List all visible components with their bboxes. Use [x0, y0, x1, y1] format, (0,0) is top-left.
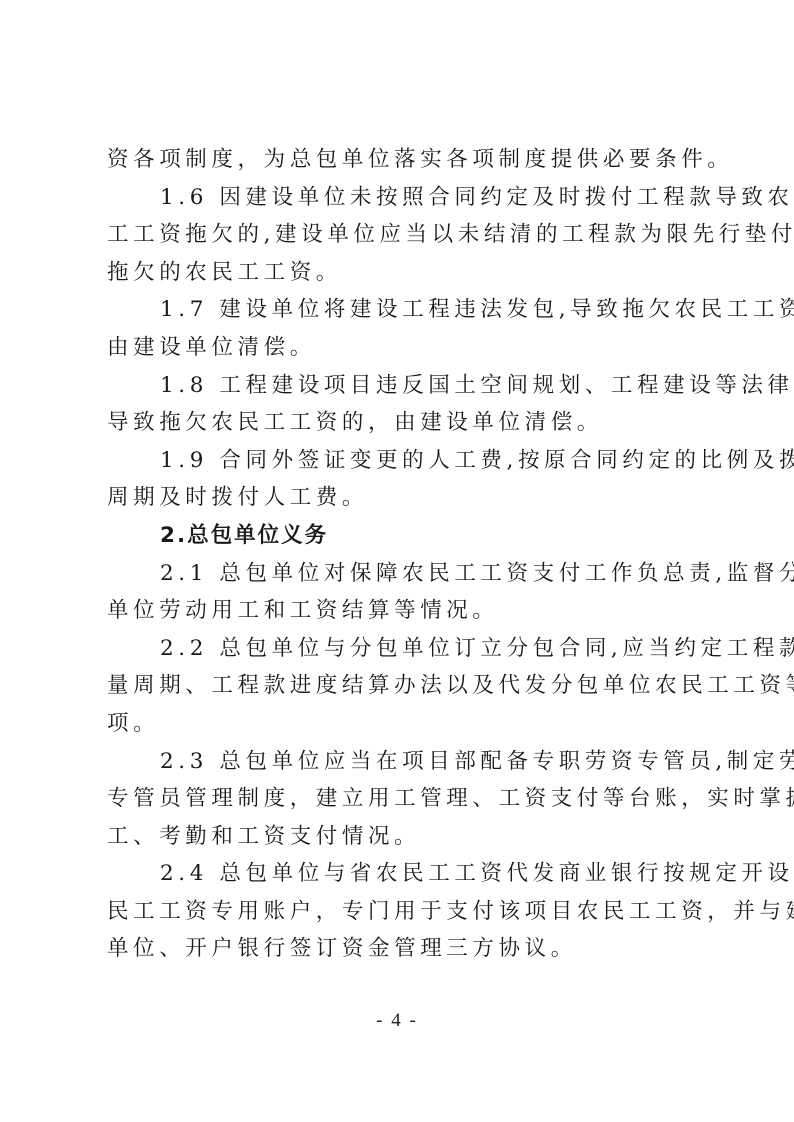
paragraph-line: 2.2 总包单位与分包单位订立分包合同,应当约定工程款计 — [107, 630, 695, 668]
section-heading: 2.总包单位义务 — [107, 517, 695, 555]
paragraph-line: 1.9 合同外签证变更的人工费,按原合同约定的比例及拨付 — [107, 442, 695, 480]
paragraph-line: 拖欠的农民工工资。 — [107, 254, 695, 292]
paragraph-line: 项。 — [107, 705, 695, 743]
paragraph-line: 量周期、工程款进度结算办法以及代发分包单位农民工工资等事 — [107, 667, 695, 705]
paragraph-line: 单位劳动用工和工资结算等情况。 — [107, 592, 695, 630]
paragraph-line: 1.8 工程建设项目违反国土空间规划、工程建设等法律法规, — [107, 367, 695, 405]
paragraph-line: 周期及时拨付人工费。 — [107, 479, 695, 517]
paragraph-line: 由建设单位清偿。 — [107, 329, 695, 367]
page-number: - 4 - — [0, 1010, 794, 1032]
paragraph-line: 民工工资专用账户，专门用于支付该项目农民工工资，并与建设 — [107, 893, 695, 931]
paragraph-line: 工、考勤和工资支付情况。 — [107, 818, 695, 856]
document-body: 资各项制度，为总包单位落实各项制度提供必要条件。 1.6 因建设单位未按照合同约… — [107, 141, 695, 968]
paragraph-line: 专管员管理制度，建立用工管理、工资支付等台账，实时掌握用 — [107, 780, 695, 818]
paragraph-line: 1.6 因建设单位未按照合同约定及时拨付工程款导致农民 — [107, 179, 695, 217]
paragraph-line: 2.1 总包单位对保障农民工工资支付工作负总责,监督分包 — [107, 555, 695, 593]
paragraph-line: 资各项制度，为总包单位落实各项制度提供必要条件。 — [107, 141, 695, 179]
paragraph-line: 2.3 总包单位应当在项目部配备专职劳资专管员,制定劳资 — [107, 743, 695, 781]
paragraph-line: 单位、开户银行签订资金管理三方协议。 — [107, 930, 695, 968]
paragraph-line: 2.4 总包单位与省农民工工资代发商业银行按规定开设农 — [107, 855, 695, 893]
paragraph-line: 1.7 建设单位将建设工程违法发包,导致拖欠农民工工资的, — [107, 291, 695, 329]
paragraph-line: 导致拖欠农民工工资的，由建设单位清偿。 — [107, 404, 695, 442]
paragraph-line: 工工资拖欠的,建设单位应当以未结清的工程款为限先行垫付被 — [107, 216, 695, 254]
